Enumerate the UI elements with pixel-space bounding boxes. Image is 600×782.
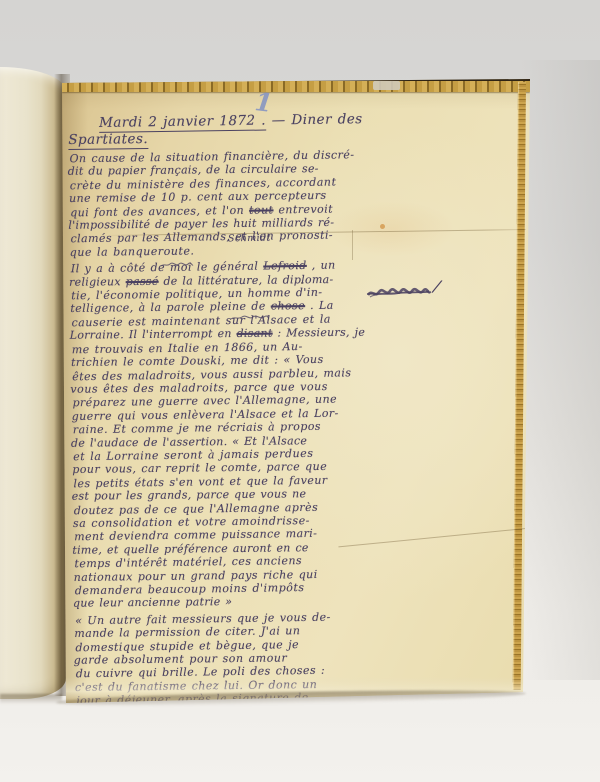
scribbled-out-word [366,285,432,301]
interline-insertion-scribble [230,315,270,321]
manuscript-text: Mardi 2 janvier 1872 . — Diner desSparti… [68,111,385,707]
foxing-spot [380,224,385,229]
foxing-spot [546,311,549,314]
photo-backdrop: 1 Mardi 2 janvier 1872 . — Diner desSpar… [0,0,600,782]
left-page-cast-shadow [0,694,62,704]
gilt-top-edge [62,79,530,92]
interline-insertion-scribble [160,262,194,268]
gilt-wear-patch [373,81,400,90]
interline-correction: Schmidt [228,233,271,245]
manuscript-page: 1 Mardi 2 janvier 1872 . — Diner desSpar… [62,79,530,703]
manuscript-line: que leur ancienne patrie » [73,594,383,611]
